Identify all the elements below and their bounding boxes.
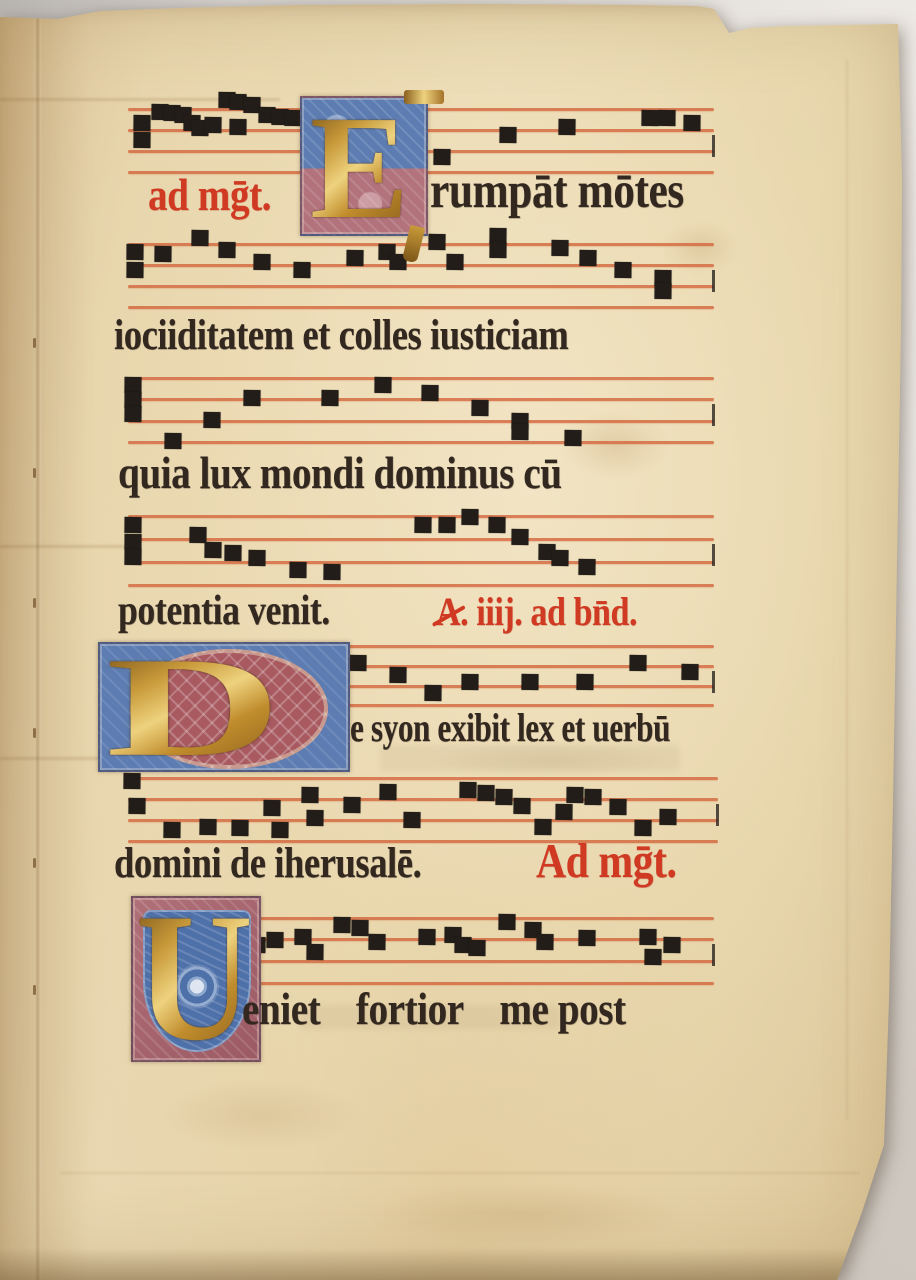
neume-square bbox=[379, 784, 396, 800]
initial-letter-e: E bbox=[310, 94, 409, 242]
neume-square bbox=[641, 110, 658, 126]
bottom-edge-shadow bbox=[0, 1248, 916, 1280]
stitch-hole bbox=[33, 985, 36, 995]
neume-square bbox=[258, 107, 275, 123]
neume-square bbox=[126, 244, 143, 260]
stitch-hole bbox=[33, 858, 36, 868]
neume-square bbox=[433, 149, 450, 165]
neume-square bbox=[536, 934, 553, 950]
ink-bleedthrough bbox=[300, 1005, 560, 1029]
neume-square bbox=[151, 104, 168, 120]
neume-square bbox=[446, 254, 463, 270]
neume-square bbox=[499, 127, 516, 143]
crease bbox=[846, 60, 848, 1120]
rubric-ad-magnificat: ad mḡt. bbox=[148, 172, 271, 218]
initial-letter-d: D bbox=[106, 636, 281, 779]
staff-line bbox=[426, 129, 714, 132]
staff-line bbox=[128, 420, 714, 423]
custos-tick bbox=[712, 404, 715, 426]
initial-letter-v: U bbox=[136, 886, 253, 1069]
neume-square bbox=[263, 800, 280, 816]
neume-square bbox=[511, 413, 528, 429]
chant-text-line-3: quia lux mondi dominus cū bbox=[118, 450, 562, 496]
neume-square bbox=[289, 562, 306, 578]
neume-square bbox=[477, 785, 494, 801]
staff-line bbox=[426, 108, 714, 111]
neume-square bbox=[551, 240, 568, 256]
chant-word: fortior bbox=[356, 986, 464, 1032]
neume-square bbox=[459, 782, 476, 798]
neume-square bbox=[654, 283, 671, 299]
neume-square bbox=[634, 820, 651, 836]
neume-square bbox=[579, 250, 596, 266]
neume-square bbox=[123, 773, 140, 789]
neume-square bbox=[471, 400, 488, 416]
neume-square bbox=[659, 809, 676, 825]
neume-square bbox=[495, 789, 512, 805]
staff-line bbox=[253, 665, 714, 668]
neume-square bbox=[124, 392, 141, 408]
neume-square bbox=[313, 645, 330, 661]
neume-square bbox=[124, 549, 141, 565]
staff-line bbox=[128, 777, 718, 780]
custos-tick bbox=[716, 804, 719, 826]
neume-square bbox=[126, 262, 143, 278]
custos-tick bbox=[712, 270, 715, 292]
neume-square bbox=[293, 262, 310, 278]
page-wrapper: ad mḡt. E rumpāt mōtes iociiditatem et c… bbox=[0, 0, 916, 1280]
neume-square bbox=[349, 655, 366, 671]
neume-square bbox=[683, 115, 700, 131]
stain bbox=[160, 1080, 360, 1150]
neume-square bbox=[183, 115, 200, 131]
stain bbox=[430, 740, 670, 780]
neume-square bbox=[639, 929, 656, 945]
neume-square bbox=[199, 819, 216, 835]
neume-square bbox=[224, 545, 241, 561]
neume-square bbox=[231, 820, 248, 836]
initial-v-flower-core bbox=[143, 910, 251, 1052]
staff-line bbox=[128, 264, 714, 267]
neume-square bbox=[555, 804, 572, 820]
staff-line bbox=[128, 285, 714, 288]
neume-square bbox=[414, 517, 431, 533]
neume-square bbox=[333, 917, 350, 933]
neume-square bbox=[253, 254, 270, 270]
chant-text-line-7: eniet fortior me post bbox=[242, 986, 626, 1032]
rubric-antiphon-4-ad-benedictus: A. iiij. ad bn̄d. bbox=[436, 592, 637, 632]
neume-square bbox=[218, 92, 235, 108]
staff-line bbox=[128, 538, 714, 541]
staff-line bbox=[426, 150, 714, 153]
custos-tick bbox=[712, 944, 715, 966]
neume-square bbox=[204, 542, 221, 558]
neume-square bbox=[428, 234, 445, 250]
stain bbox=[560, 410, 670, 480]
neume-square bbox=[163, 822, 180, 838]
neume-square bbox=[154, 246, 171, 262]
neume-square bbox=[243, 390, 260, 406]
neume-square bbox=[558, 119, 575, 135]
neume-square bbox=[418, 929, 435, 945]
neume-square bbox=[266, 932, 283, 948]
neume-square bbox=[498, 914, 515, 930]
neume-square bbox=[249, 644, 266, 660]
neume-square bbox=[578, 930, 595, 946]
neume-square bbox=[124, 517, 141, 533]
crease bbox=[0, 98, 280, 101]
neume-square bbox=[663, 937, 680, 953]
neume-square bbox=[454, 937, 471, 953]
neume-square bbox=[368, 934, 385, 950]
illuminated-initial-e: E bbox=[300, 96, 428, 236]
staff-line bbox=[128, 150, 302, 153]
neume-square bbox=[681, 664, 698, 680]
neume-square bbox=[564, 430, 581, 446]
initial-e-flourish bbox=[402, 225, 425, 264]
neume-square bbox=[343, 797, 360, 813]
crease bbox=[0, 757, 120, 760]
neume-square bbox=[378, 244, 395, 260]
neume-square bbox=[644, 949, 661, 965]
illuminated-initial-d: D bbox=[98, 642, 350, 772]
neume-square bbox=[204, 117, 221, 133]
neume-square bbox=[301, 787, 318, 803]
neume-square bbox=[534, 819, 551, 835]
neume-square bbox=[133, 132, 150, 148]
neume-square bbox=[389, 254, 406, 270]
gutter-shading bbox=[0, 0, 90, 1280]
staff-line bbox=[128, 441, 714, 444]
neume-square bbox=[229, 94, 246, 110]
stitch-hole bbox=[33, 338, 36, 348]
neume-square bbox=[284, 110, 301, 126]
neume-square bbox=[133, 115, 150, 131]
staff-line bbox=[128, 108, 302, 111]
neume-square bbox=[248, 937, 265, 953]
staff-line bbox=[253, 645, 714, 648]
crease bbox=[0, 545, 130, 548]
custos-tick bbox=[712, 544, 715, 566]
staff-line bbox=[128, 584, 714, 587]
neume-square bbox=[271, 109, 288, 125]
chant-text-line-4: potentia venit. bbox=[118, 590, 330, 632]
neume-square bbox=[243, 97, 260, 113]
neume-square bbox=[513, 798, 530, 814]
neume-square bbox=[294, 929, 311, 945]
chant-text-line-6: domini de iherusalē. bbox=[114, 842, 421, 885]
neume-square bbox=[124, 406, 141, 422]
staff-line bbox=[128, 377, 714, 380]
neume-square bbox=[538, 544, 555, 560]
neume-square bbox=[614, 262, 631, 278]
neume-square bbox=[489, 242, 506, 258]
neume-square bbox=[174, 107, 191, 123]
neume-square bbox=[584, 789, 601, 805]
stitch-hole bbox=[33, 468, 36, 478]
neume-square bbox=[249, 663, 266, 679]
illuminated-initial-v: U bbox=[131, 896, 261, 1062]
neume-square bbox=[271, 679, 288, 695]
neume-square bbox=[421, 385, 438, 401]
neume-square bbox=[576, 674, 593, 690]
stain bbox=[360, 1185, 690, 1245]
staff-line bbox=[128, 561, 714, 564]
staff-line bbox=[128, 515, 714, 518]
neume-square bbox=[609, 799, 626, 815]
chant-word: me post bbox=[499, 986, 625, 1032]
chant-word: eniet bbox=[242, 986, 320, 1032]
neume-square bbox=[124, 377, 141, 393]
custos-tick bbox=[712, 671, 715, 693]
neume-square bbox=[351, 920, 368, 936]
ink-bleedthrough bbox=[380, 745, 680, 771]
neume-square bbox=[524, 922, 541, 938]
neume-square bbox=[306, 810, 323, 826]
neume-square bbox=[468, 940, 485, 956]
crease bbox=[60, 1172, 860, 1174]
chant-text-line-5: e syon exibit lex et uerbū bbox=[350, 708, 670, 748]
neume-square bbox=[438, 517, 455, 533]
neume-square bbox=[566, 787, 583, 803]
neume-square bbox=[629, 655, 646, 671]
manuscript-photo: ad mḡt. E rumpāt mōtes iociiditatem et c… bbox=[0, 0, 916, 1280]
chant-text-line-2: iociiditatem et colles iusticiam bbox=[114, 314, 568, 357]
staff-line bbox=[128, 398, 714, 401]
neume-square bbox=[654, 270, 671, 286]
rubric-ad-magnificat-2: Ad mḡt. bbox=[536, 836, 676, 885]
staff-line bbox=[253, 960, 714, 963]
neume-square bbox=[191, 230, 208, 246]
neume-square bbox=[124, 534, 141, 550]
neume-square bbox=[164, 433, 181, 449]
neume-square bbox=[128, 798, 145, 814]
initial-e-serif bbox=[404, 90, 444, 104]
initial-d-diaper-core bbox=[130, 649, 328, 769]
neume-square bbox=[461, 509, 478, 525]
staff-line bbox=[128, 798, 718, 801]
neume-square bbox=[248, 550, 265, 566]
neume-square bbox=[424, 685, 441, 701]
stitch-hole bbox=[33, 598, 36, 608]
neume-square bbox=[488, 517, 505, 533]
neume-square bbox=[203, 412, 220, 428]
neume-square bbox=[658, 110, 675, 126]
staff-line bbox=[426, 171, 714, 174]
neume-square bbox=[511, 424, 528, 440]
binding-fold bbox=[34, 0, 41, 1280]
neume-square bbox=[321, 390, 338, 406]
staff-line bbox=[128, 819, 718, 822]
custos-tick bbox=[712, 135, 715, 157]
staff-line bbox=[253, 704, 714, 707]
staff-line bbox=[253, 982, 714, 985]
staff-line bbox=[128, 243, 714, 246]
chant-notation-layer bbox=[0, 0, 916, 1280]
neume-square bbox=[389, 667, 406, 683]
staff-line bbox=[128, 171, 302, 174]
antiphon-sigil-slash bbox=[432, 605, 466, 627]
neume-square bbox=[218, 242, 235, 258]
parchment-leaf: ad mḡt. E rumpāt mōtes iociiditatem et c… bbox=[0, 0, 916, 1280]
neume-square bbox=[191, 120, 208, 136]
staff-line bbox=[128, 129, 302, 132]
neume-square bbox=[578, 559, 595, 575]
stain bbox=[660, 220, 740, 275]
stitch-hole bbox=[33, 728, 36, 738]
neume-square bbox=[189, 527, 206, 543]
neume-square bbox=[444, 927, 461, 943]
neume-square bbox=[323, 564, 340, 580]
chant-text-line-1: rumpāt mōtes bbox=[430, 166, 684, 217]
staff-line bbox=[128, 840, 718, 843]
staff-line bbox=[253, 938, 714, 941]
neume-square bbox=[461, 674, 478, 690]
neume-square bbox=[163, 105, 180, 121]
neume-square bbox=[229, 119, 246, 135]
neume-square bbox=[271, 822, 288, 838]
neume-square bbox=[346, 250, 363, 266]
neume-square bbox=[489, 228, 506, 244]
neume-square bbox=[374, 377, 391, 393]
neume-square bbox=[306, 944, 323, 960]
staff-line bbox=[128, 306, 714, 309]
neume-square bbox=[511, 529, 528, 545]
staff-line bbox=[253, 917, 714, 920]
neume-square bbox=[403, 812, 420, 828]
neume-square bbox=[521, 674, 538, 690]
staff-line bbox=[253, 685, 714, 688]
neume-square bbox=[551, 550, 568, 566]
antiphon-sigil: A bbox=[436, 592, 460, 632]
